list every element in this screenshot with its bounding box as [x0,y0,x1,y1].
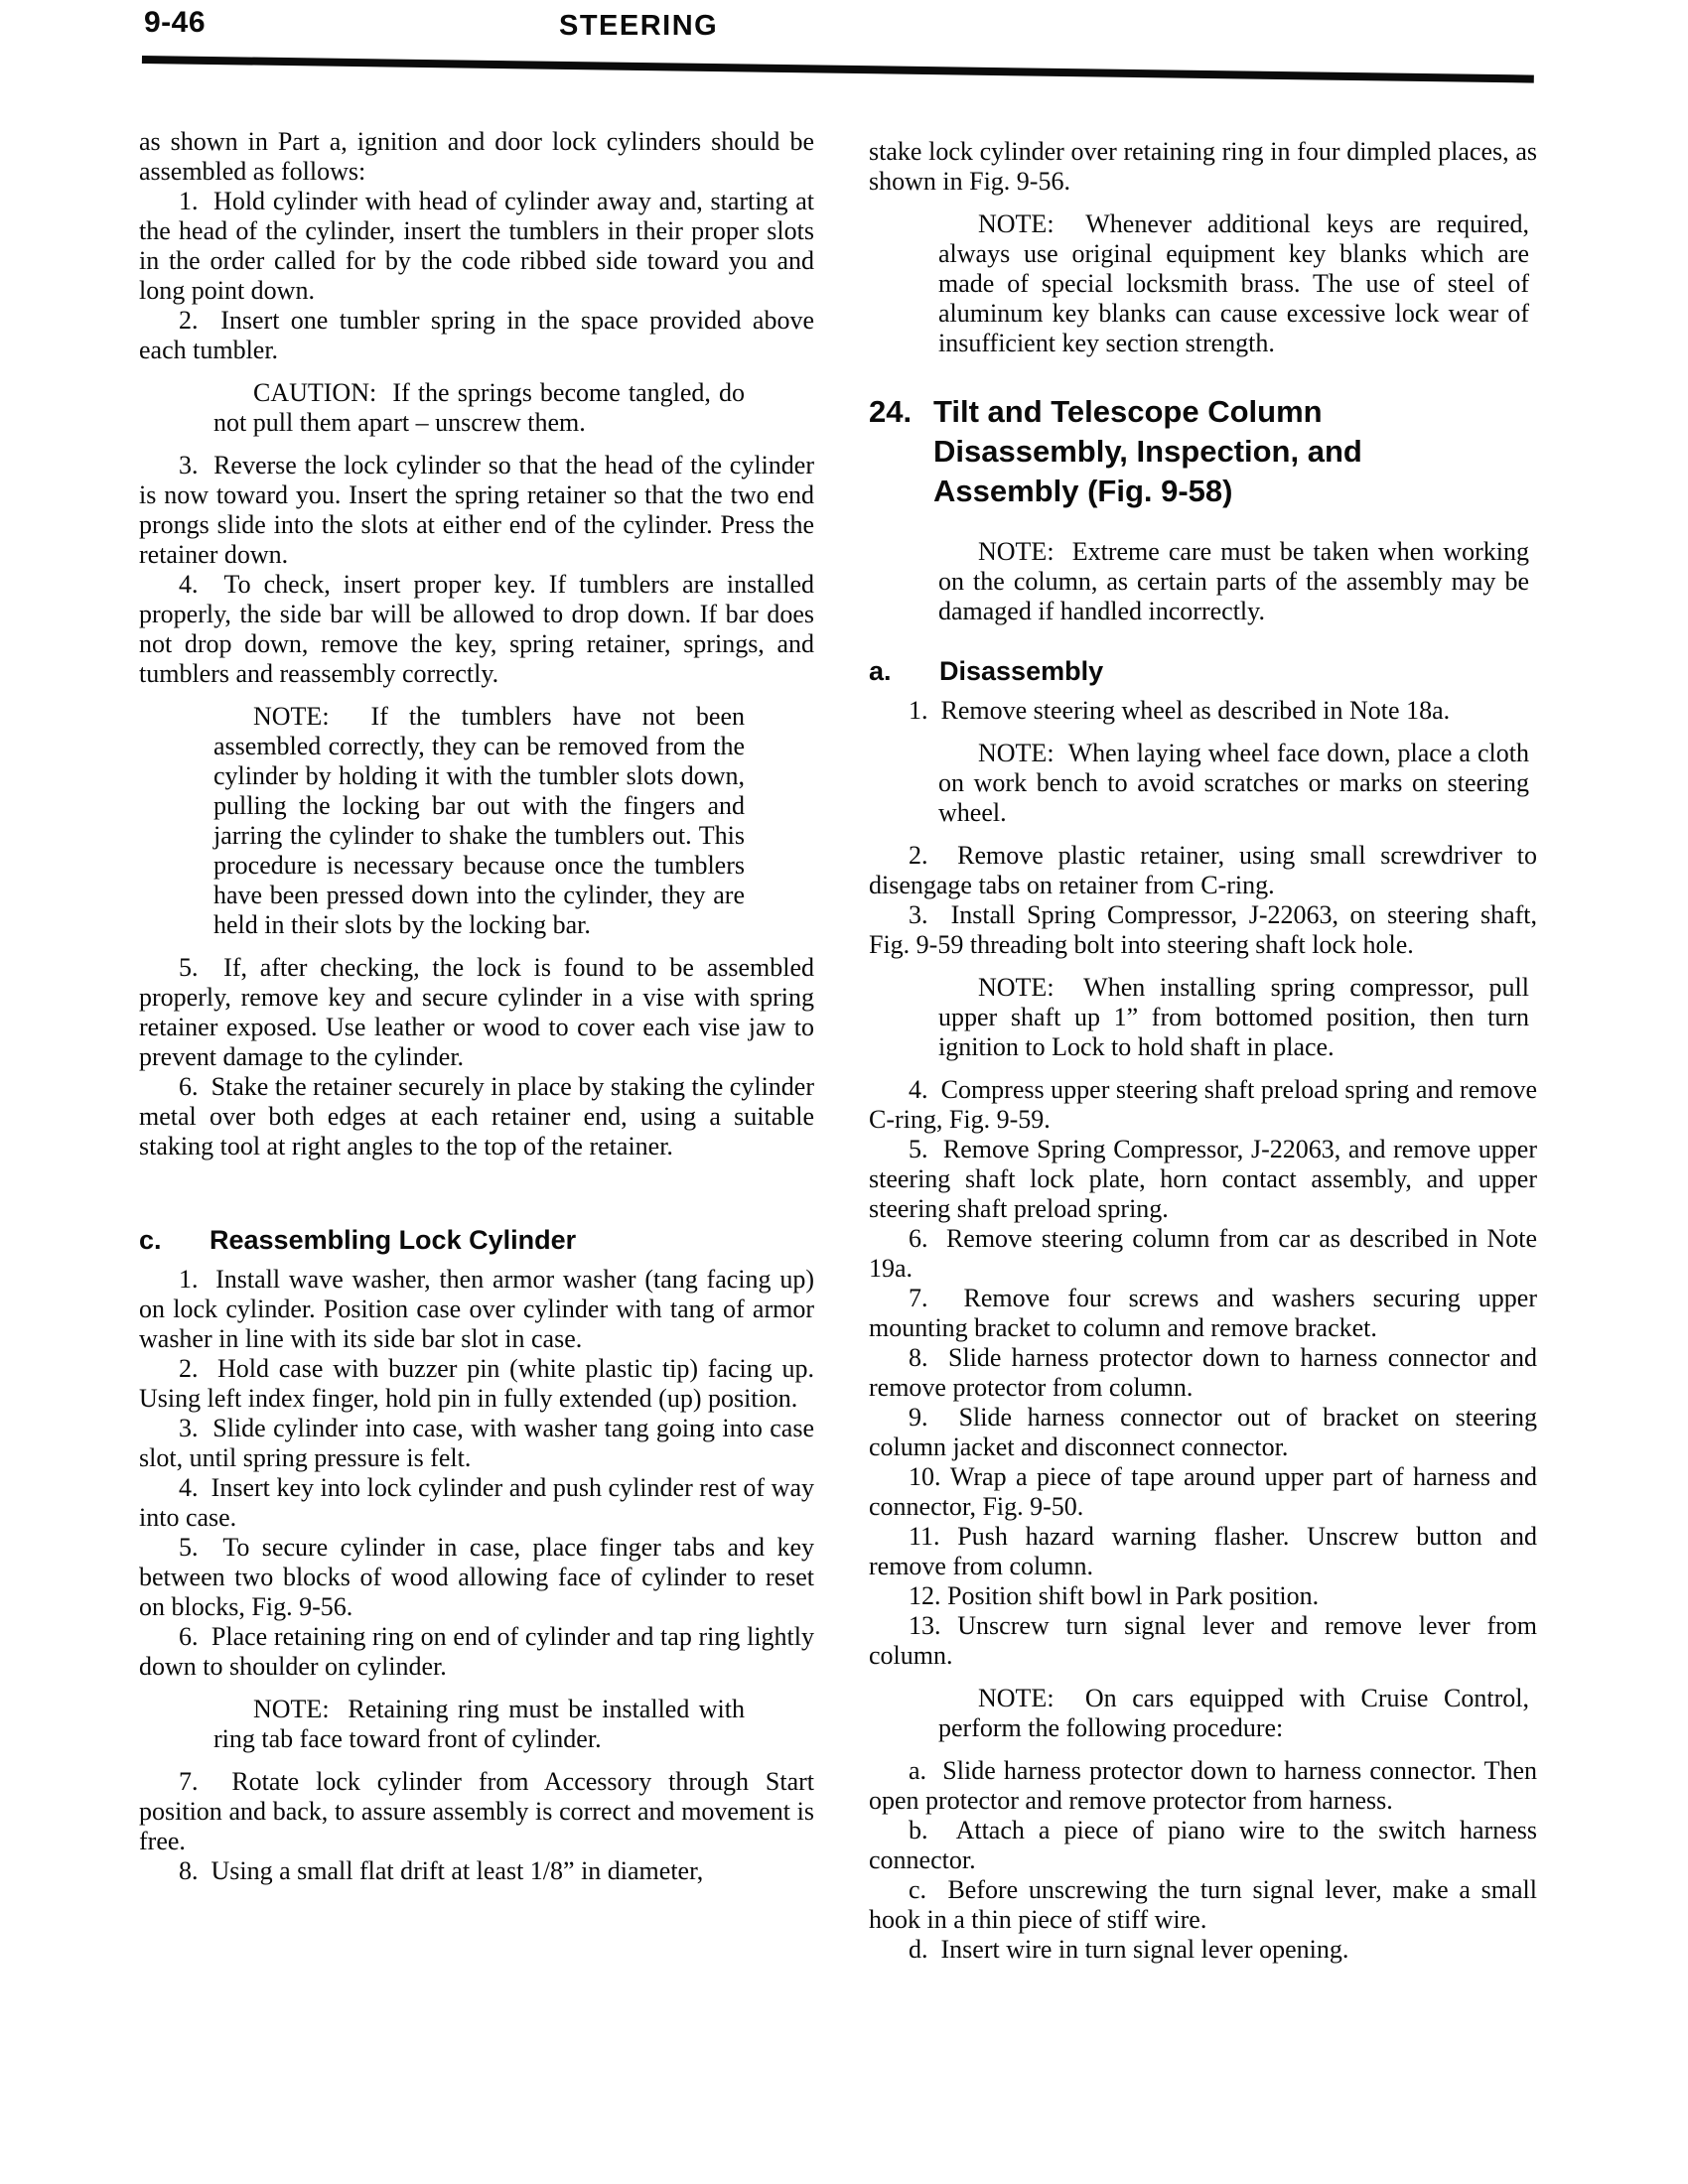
step-paragraph: 3. Install Spring Compressor, J-22063, o… [869,900,1537,960]
step-paragraph: 9. Slide harness connector out of bracke… [869,1403,1537,1462]
step-paragraph: 13. Unscrew turn signal lever and remove… [869,1611,1537,1671]
section-heading-text: Tilt and Telescope Column Disassembly, I… [933,394,1362,508]
paragraph: stake lock cylinder over retaining ring … [869,137,1537,197]
step-paragraph: c. Before unscrewing the turn signal lev… [869,1875,1537,1935]
page-number: 9-46 [144,6,206,40]
section-heading-number: 24. [869,392,912,432]
step-paragraph: 8. Slide harness protector down to harne… [869,1343,1537,1403]
step-paragraph: 6. Place retaining ring on end of cylind… [139,1622,814,1682]
running-header-title: STEERING [559,10,718,43]
step-paragraph: 5. Remove Spring Compressor, J-22063, an… [869,1135,1537,1224]
step-paragraph: 2. Hold case with buzzer pin (white plas… [139,1354,814,1414]
note-paragraph: CAUTION: If the springs become tangled, … [139,378,814,438]
step-paragraph: d. Insert wire in turn signal lever open… [869,1935,1537,1965]
step-paragraph: a. Slide harness protector down to harne… [869,1756,1537,1816]
subsection-heading: c.Reassembling Lock Cylinder [139,1223,814,1257]
step-paragraph: 3. Reverse the lock cylinder so that the… [139,451,814,570]
paragraph: as shown in Part a, ignition and door lo… [139,127,814,187]
subsection-heading: a.Disassembly [869,654,1537,688]
note-paragraph: NOTE: Extreme care must be taken when wo… [869,537,1537,626]
step-paragraph: 4. To check, insert proper key. If tumbl… [139,570,814,689]
step-paragraph: 3. Slide cylinder into case, with washer… [139,1414,814,1473]
step-paragraph: 2. Insert one tumbler spring in the spac… [139,306,814,365]
step-paragraph: 8. Using a small flat drift at least 1/8… [139,1856,814,1886]
step-paragraph: 12. Position shift bowl in Park position… [869,1581,1537,1611]
document-page: 9-46 STEERING as shown in Part a, igniti… [0,0,1688,2184]
note-paragraph: NOTE: When installing spring compressor,… [869,973,1537,1062]
step-paragraph: 5. If, after checking, the lock is found… [139,953,814,1072]
step-paragraph: 6. Remove steering column from car as de… [869,1224,1537,1284]
right-column: stake lock cylinder over retaining ring … [869,137,1537,1965]
subsection-letter: a. [869,654,939,688]
header-rule-divider [142,56,1534,83]
left-column: as shown in Part a, ignition and door lo… [139,127,814,1955]
note-paragraph: NOTE: Whenever additional keys are requi… [869,209,1537,358]
step-paragraph: 2. Remove plastic retainer, using small … [869,841,1537,900]
step-paragraph: 7. Rotate lock cylinder from Accessory t… [139,1767,814,1856]
note-paragraph: NOTE: Retaining ring must be installed w… [139,1695,814,1754]
step-paragraph: 4. Compress upper steering shaft preload… [869,1075,1537,1135]
step-paragraph: 10. Wrap a piece of tape around upper pa… [869,1462,1537,1522]
step-paragraph: 6. Stake the retainer securely in place … [139,1072,814,1161]
step-paragraph: 4. Insert key into lock cylinder and pus… [139,1473,814,1533]
section-heading: 24.Tilt and Telescope Column Disassembly… [869,392,1537,511]
step-paragraph: 7. Remove four screws and washers securi… [869,1284,1537,1343]
subsection-title: Disassembly [939,656,1103,686]
text-columns: as shown in Part a, ignition and door lo… [139,127,1537,1955]
subsection-letter: c. [139,1223,210,1257]
step-paragraph: 1. Hold cylinder with head of cylinder a… [139,187,814,306]
subsection-title: Reassembling Lock Cylinder [210,1225,576,1255]
note-paragraph: NOTE: When laying wheel face down, place… [869,739,1537,828]
step-paragraph: 1. Remove steering wheel as described in… [869,696,1537,726]
step-paragraph: 1. Install wave washer, then armor washe… [139,1265,814,1354]
note-paragraph: NOTE: On cars equipped with Cruise Contr… [869,1684,1537,1743]
note-paragraph: NOTE: If the tumblers have not been asse… [139,702,814,940]
step-paragraph: 5. To secure cylinder in case, place fin… [139,1533,814,1622]
step-paragraph: 11. Push hazard warning flasher. Unscrew… [869,1522,1537,1581]
step-paragraph: b. Attach a piece of piano wire to the s… [869,1816,1537,1875]
